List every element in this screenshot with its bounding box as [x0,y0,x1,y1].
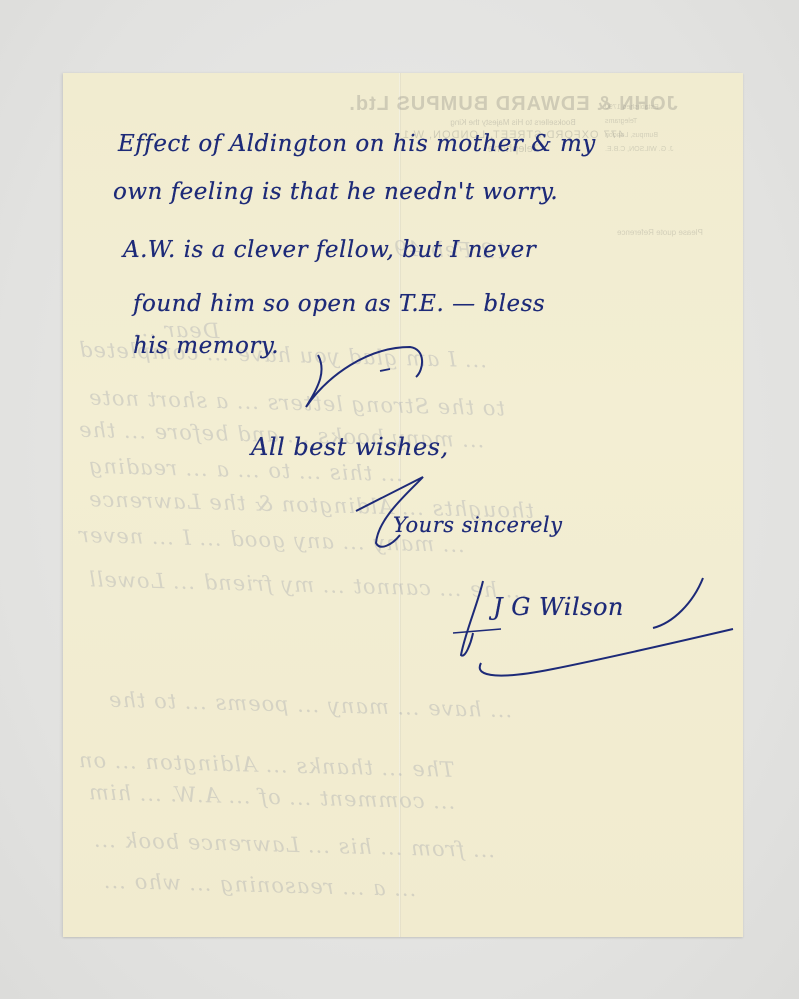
closing-line: All best wishes, [251,433,449,461]
show-through-line: ... have ... many ... poems ... to the [108,688,513,723]
letter-line-1: Effect of Aldington on his mother & my [118,131,596,157]
signature-flourish-icon [443,573,743,683]
show-through-line: ... comment ... of ... A.W. ... him [88,780,456,814]
show-through-line: The ... thanks ... Aldington ... on [78,748,455,782]
show-through-line: to the Strong letters ... a short note [88,386,505,421]
valediction: Yours sincerely [393,513,562,537]
letter-line-3: A.W. is a clever fellow, but I never [123,237,536,263]
letter-line-4: found him so open as T.E. — bless [133,291,545,317]
show-through-line: ... from ... his ... Lawrence book ... [93,828,496,863]
letter-sheet: JOHN & EDWARD BUMPUS Ltd. Booksellers to… [63,73,743,937]
memory-flourish-icon [298,335,428,415]
show-through-line: ... a ... reasoning ... who ... [103,869,417,901]
signature: J G Wilson [493,593,624,621]
letter-line-2: own feeling is that he needn't worry. [113,179,558,205]
letter-line-5: his memory. [133,333,279,359]
